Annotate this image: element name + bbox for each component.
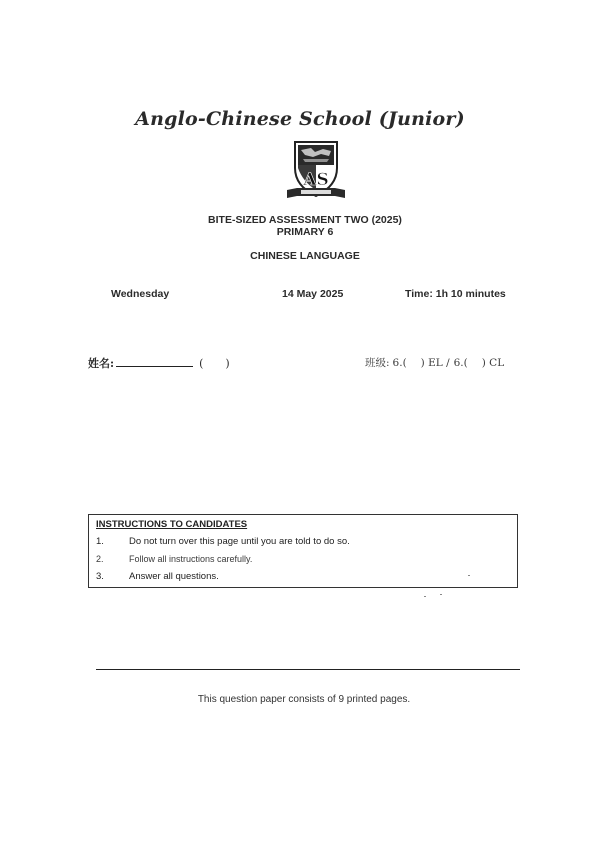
footer-divider	[96, 669, 520, 670]
class-el-suffix: ) EL /	[421, 357, 450, 369]
class-el-prefix: 6.(	[393, 357, 407, 369]
school-name: Anglo-Chinese School (Junior)	[0, 108, 600, 130]
class-cl-prefix: 6.(	[454, 357, 468, 369]
exam-date: 14 May 2025	[282, 288, 343, 300]
page-count-note: This question paper consists of 9 printe…	[0, 694, 600, 705]
assessment-title: BITE-SIZED ASSESSMENT TWO (2025) PRIMARY…	[0, 214, 600, 238]
assessment-level: PRIMARY 6	[0, 226, 600, 238]
student-class-row: 班级: 6.( ) EL / 6.( ) CL	[365, 355, 504, 370]
instructions-heading: INSTRUCTIONS TO CANDIDATES	[96, 519, 247, 530]
exam-day: Wednesday	[111, 288, 169, 300]
instruction-item: 3. Answer all questions.	[96, 571, 219, 582]
subject-title: CHINESE LANGUAGE	[0, 250, 600, 262]
index-close-paren: )	[225, 357, 229, 370]
instruction-number: 3.	[96, 571, 129, 582]
instruction-item: 1. Do not turn over this page until you …	[96, 536, 350, 547]
instruction-item: 2. Follow all instructions carefully.	[96, 554, 252, 564]
class-label: 班级:	[365, 355, 390, 370]
instructions-box: INSTRUCTIONS TO CANDIDATES 1. Do not tur…	[88, 514, 518, 588]
scan-speck	[424, 596, 426, 597]
assessment-name: BITE-SIZED ASSESSMENT TWO (2025)	[0, 214, 600, 226]
instruction-text: Do not turn over this page until you are…	[129, 536, 350, 547]
instruction-text: Answer all questions.	[129, 571, 219, 582]
instruction-text: Follow all instructions carefully.	[129, 554, 252, 564]
index-open-paren: (	[199, 357, 203, 370]
scan-speck	[468, 575, 470, 576]
instruction-number: 2.	[96, 554, 129, 564]
name-label: 姓名:	[88, 355, 114, 371]
exam-duration: Time: 1h 10 minutes	[405, 288, 506, 300]
class-cl-suffix: ) CL	[482, 357, 504, 369]
instruction-number: 1.	[96, 536, 129, 547]
name-field[interactable]	[116, 356, 193, 367]
student-name-row: 姓名: ( )	[88, 355, 230, 371]
scan-speck	[440, 594, 442, 595]
svg-text:AS: AS	[302, 170, 328, 190]
school-crest-icon: AS	[283, 138, 349, 204]
